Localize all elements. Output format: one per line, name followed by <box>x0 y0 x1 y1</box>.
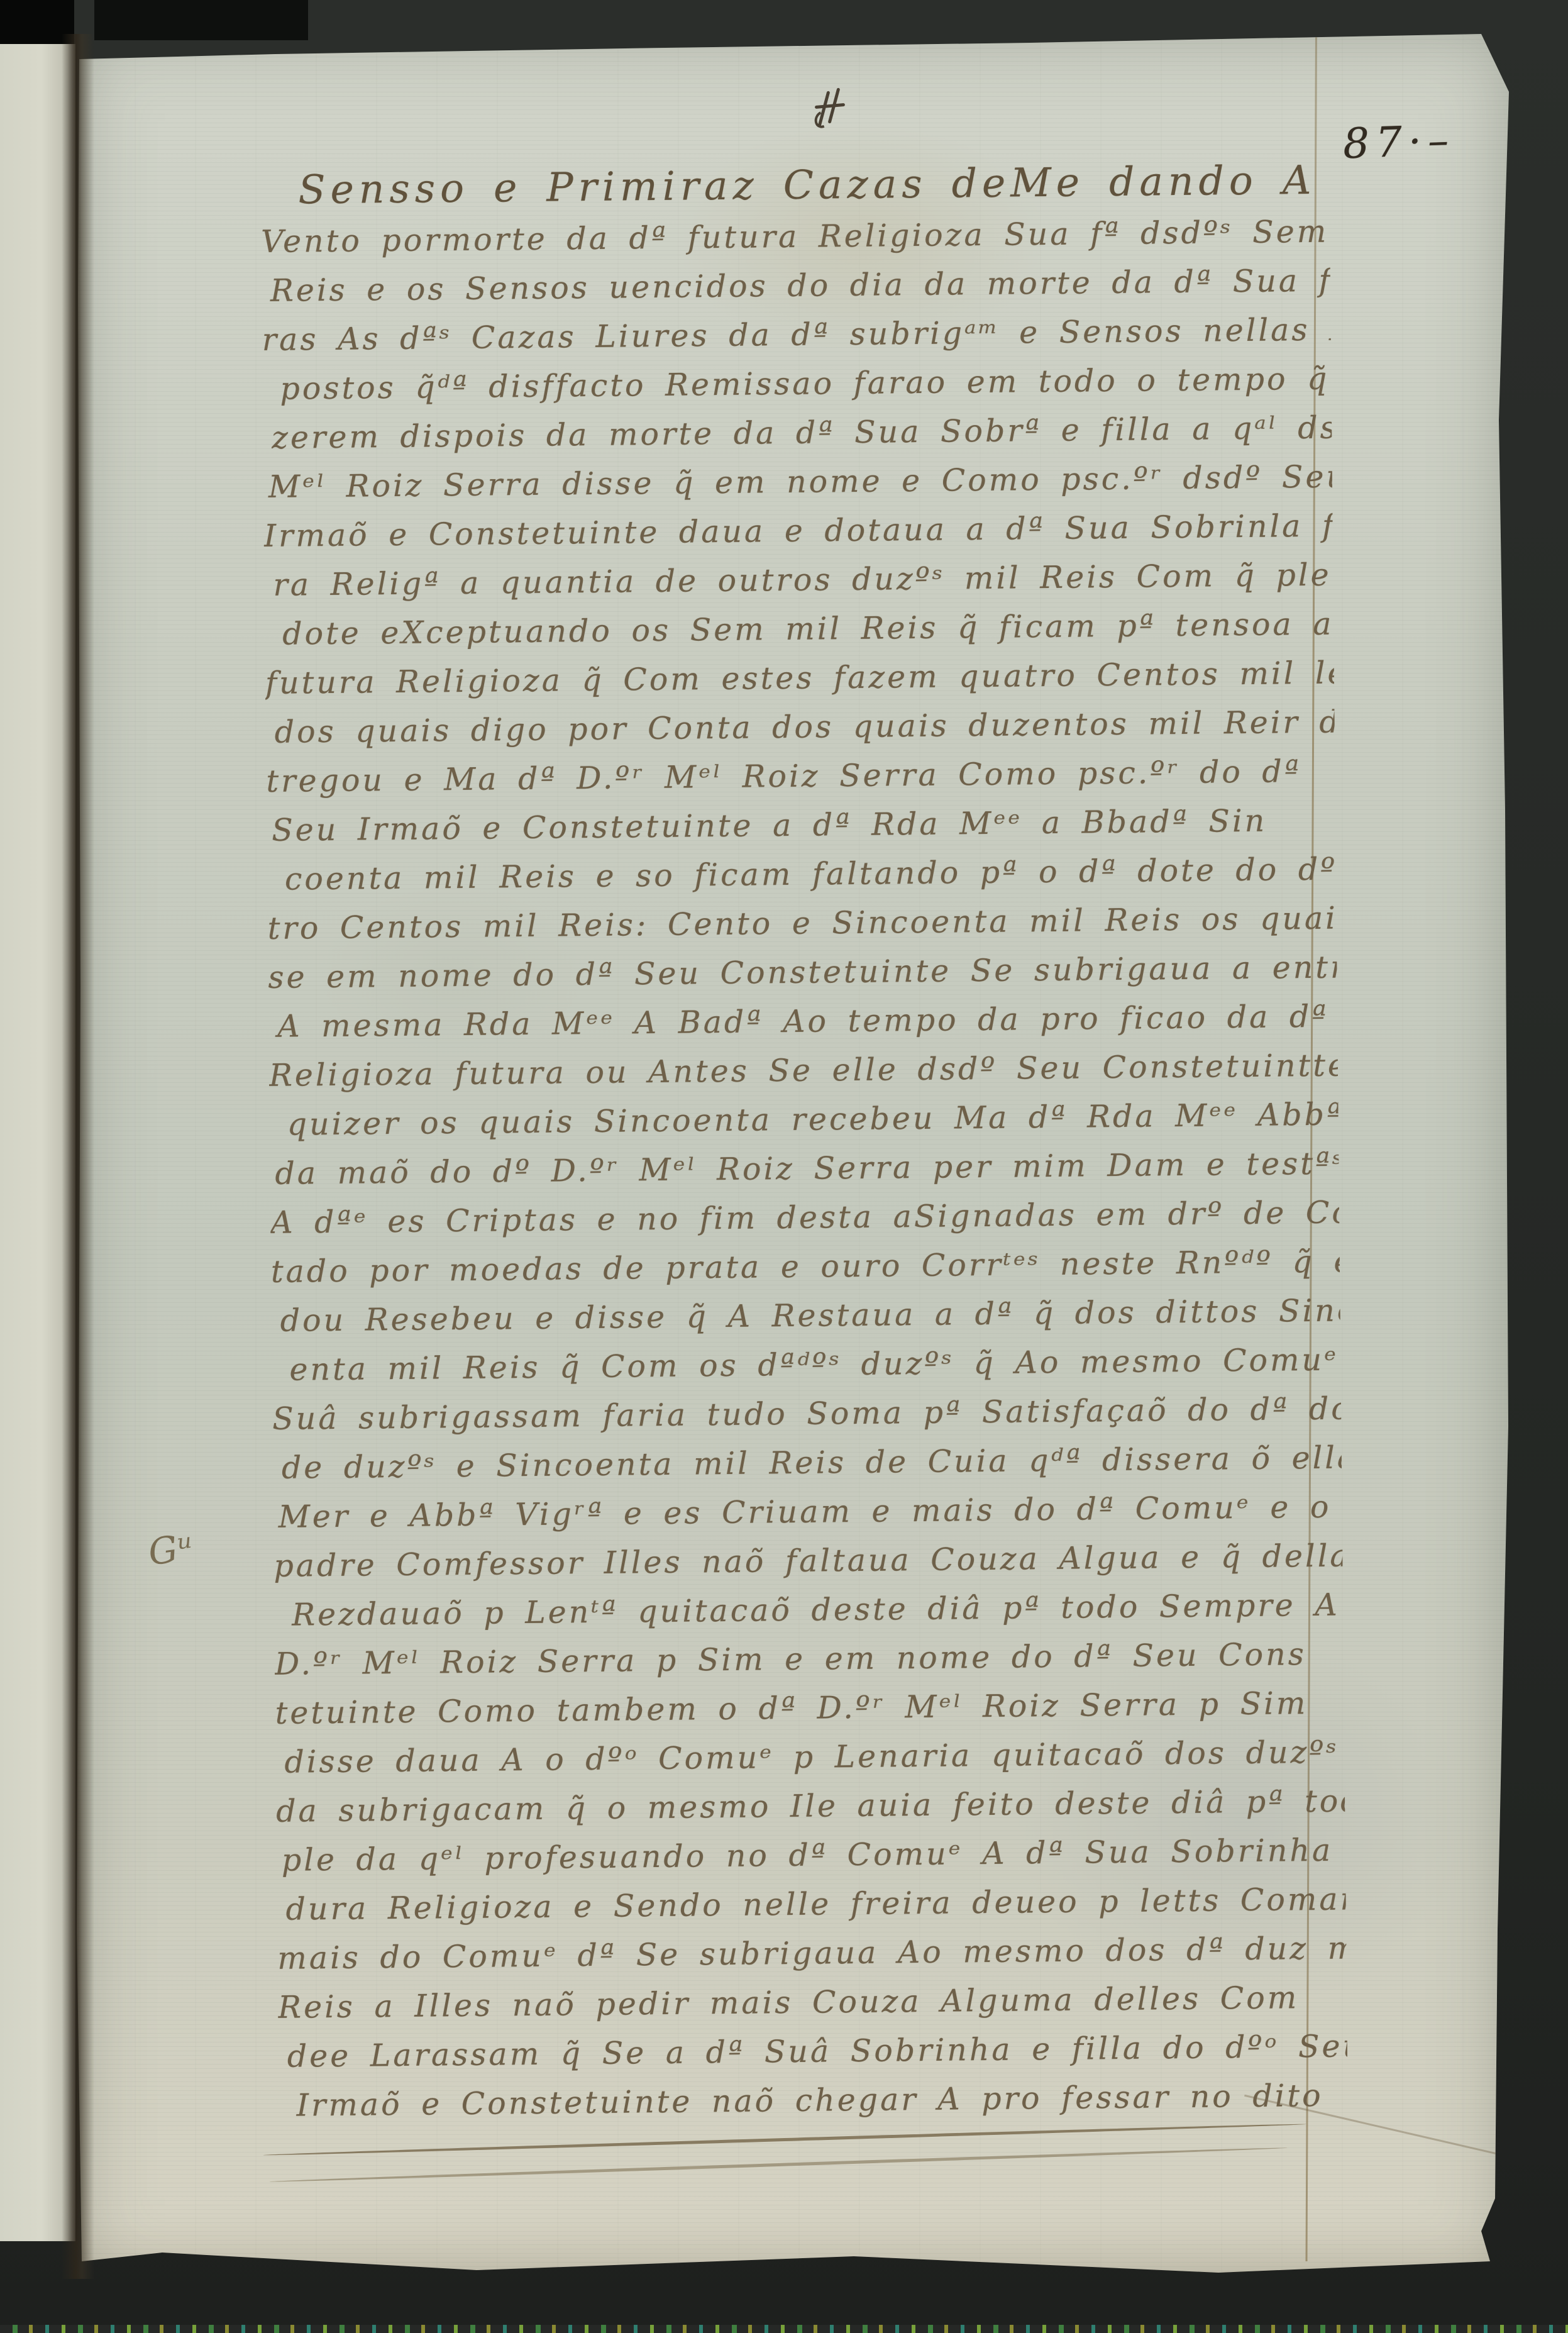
manuscript-line: Irmaõ e Constetuinte naõ chegar A pro fe… <box>279 2071 1348 2131</box>
manuscript-text-block: Sensso e Primiraz Cazas deMe dando A dª … <box>260 153 1348 2131</box>
calibration-strip <box>0 2325 1568 2333</box>
margin-note: Gᵘ <box>146 1525 197 1574</box>
folio-number: 87·– <box>1342 114 1501 169</box>
manuscript-line: Sensso e Primiraz Cazas deMe dando A dª … <box>260 153 1330 218</box>
background-shadow-patch <box>94 0 308 40</box>
closing-rule <box>269 2146 1287 2183</box>
photo-background: 87·– Sensso e Primiraz Cazas deMe dando … <box>0 0 1568 2333</box>
cross-flourish-icon <box>814 84 845 138</box>
manuscript-page: 87·– Sensso e Primiraz Cazas deMe dando … <box>74 30 1509 2289</box>
book-gutter-shadow <box>62 34 94 2279</box>
cross-stroke <box>815 103 845 109</box>
cross-curl <box>812 108 832 130</box>
